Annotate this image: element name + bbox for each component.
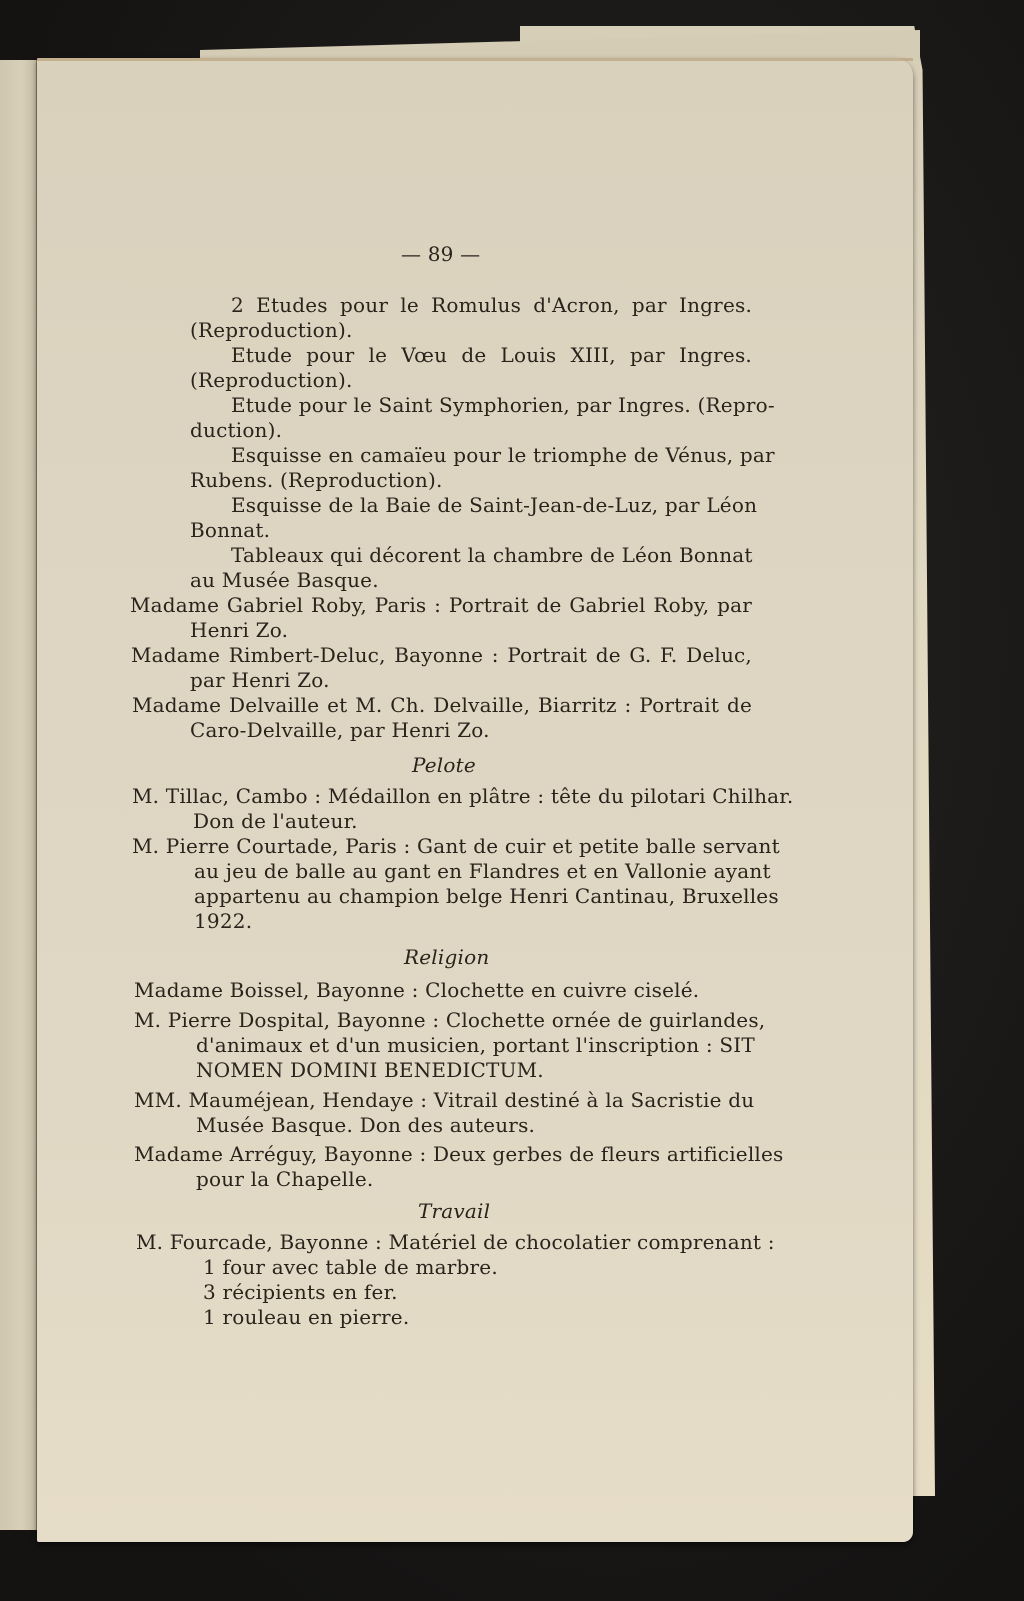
donor-line: appartenu au champion belge Henri Cantin… [194, 884, 752, 908]
entry-line: Bonnat. [190, 518, 270, 542]
section-heading-pelote: Pelote [412, 753, 476, 777]
donor-line: 1922. [194, 909, 252, 933]
donor-line: Madame Boissel, Bayonne : Clochette en c… [134, 978, 699, 1002]
donor-line: Musée Basque. Don des auteurs. [196, 1113, 535, 1137]
entry-line: Rubens. (Reproduction). [190, 468, 443, 492]
donor-line: M. Fourcade, Bayonne : Matériel de choco… [136, 1230, 758, 1254]
list-item: 1 four avec table de marbre. [203, 1255, 498, 1279]
donor-line: M. Pierre Dospital, Bayonne : Clochette … [134, 1008, 754, 1032]
entry-line: Esquisse en camaïeu pour le triomphe de … [231, 443, 752, 467]
entry-line: (Reproduction). [190, 318, 353, 342]
list-item: 1 rouleau en pierre. [203, 1305, 409, 1329]
page-number: — 89 — [401, 242, 480, 266]
entry-line: duction). [190, 418, 282, 442]
donor-line: Madame Rimbert-Deluc, Bayonne : Portrait… [131, 643, 752, 667]
entry-line: Etude pour le Saint Symphorien, par Ingr… [231, 393, 752, 417]
donor-line: M. Pierre Courtade, Paris : Gant de cuir… [132, 834, 752, 858]
entry-line: 2 Etudes pour le Romulus d'Acron, par In… [231, 293, 752, 317]
donor-line: pour la Chapelle. [196, 1167, 373, 1191]
donor-line: d'animaux et d'un musicien, portant l'in… [196, 1033, 754, 1057]
donor-line: Henri Zo. [190, 618, 288, 642]
donor-line: Madame Gabriel Roby, Paris : Portrait de… [130, 593, 752, 617]
page-text: — 89 — 2 Etudes pour le Romulus d'Acron,… [0, 0, 1024, 1601]
donor-line: Madame Delvaille et M. Ch. Delvaille, Bi… [132, 693, 752, 717]
entry-line: (Reproduction). [190, 368, 353, 392]
section-heading-travail: Travail [418, 1199, 490, 1223]
donor-line: MM. Mauméjean, Hendaye : Vitrail destiné… [134, 1088, 754, 1112]
donor-line: par Henri Zo. [190, 668, 330, 692]
donor-line: NOMEN DOMINI BENEDICTUM. [196, 1058, 544, 1082]
entry-line: Esquisse de la Baie de Saint-Jean-de-Luz… [231, 493, 752, 517]
donor-line: M. Tillac, Cambo : Médaillon en plâtre :… [132, 784, 752, 808]
donor-line: Caro-Delvaille, par Henri Zo. [190, 718, 490, 742]
entry-line: Tableaux qui décorent la chambre de Léon… [231, 543, 752, 567]
list-item: 3 récipients en fer. [203, 1280, 398, 1304]
donor-line: Madame Arréguy, Bayonne : Deux gerbes de… [134, 1142, 756, 1166]
entry-line: Etude pour le Vœu de Louis XIII, par Ing… [231, 343, 752, 367]
donor-line: au jeu de balle au gant en Flandres et e… [194, 859, 752, 883]
donor-line: Don de l'auteur. [193, 809, 358, 833]
entry-line: au Musée Basque. [190, 568, 379, 592]
section-heading-religion: Religion [404, 945, 489, 969]
